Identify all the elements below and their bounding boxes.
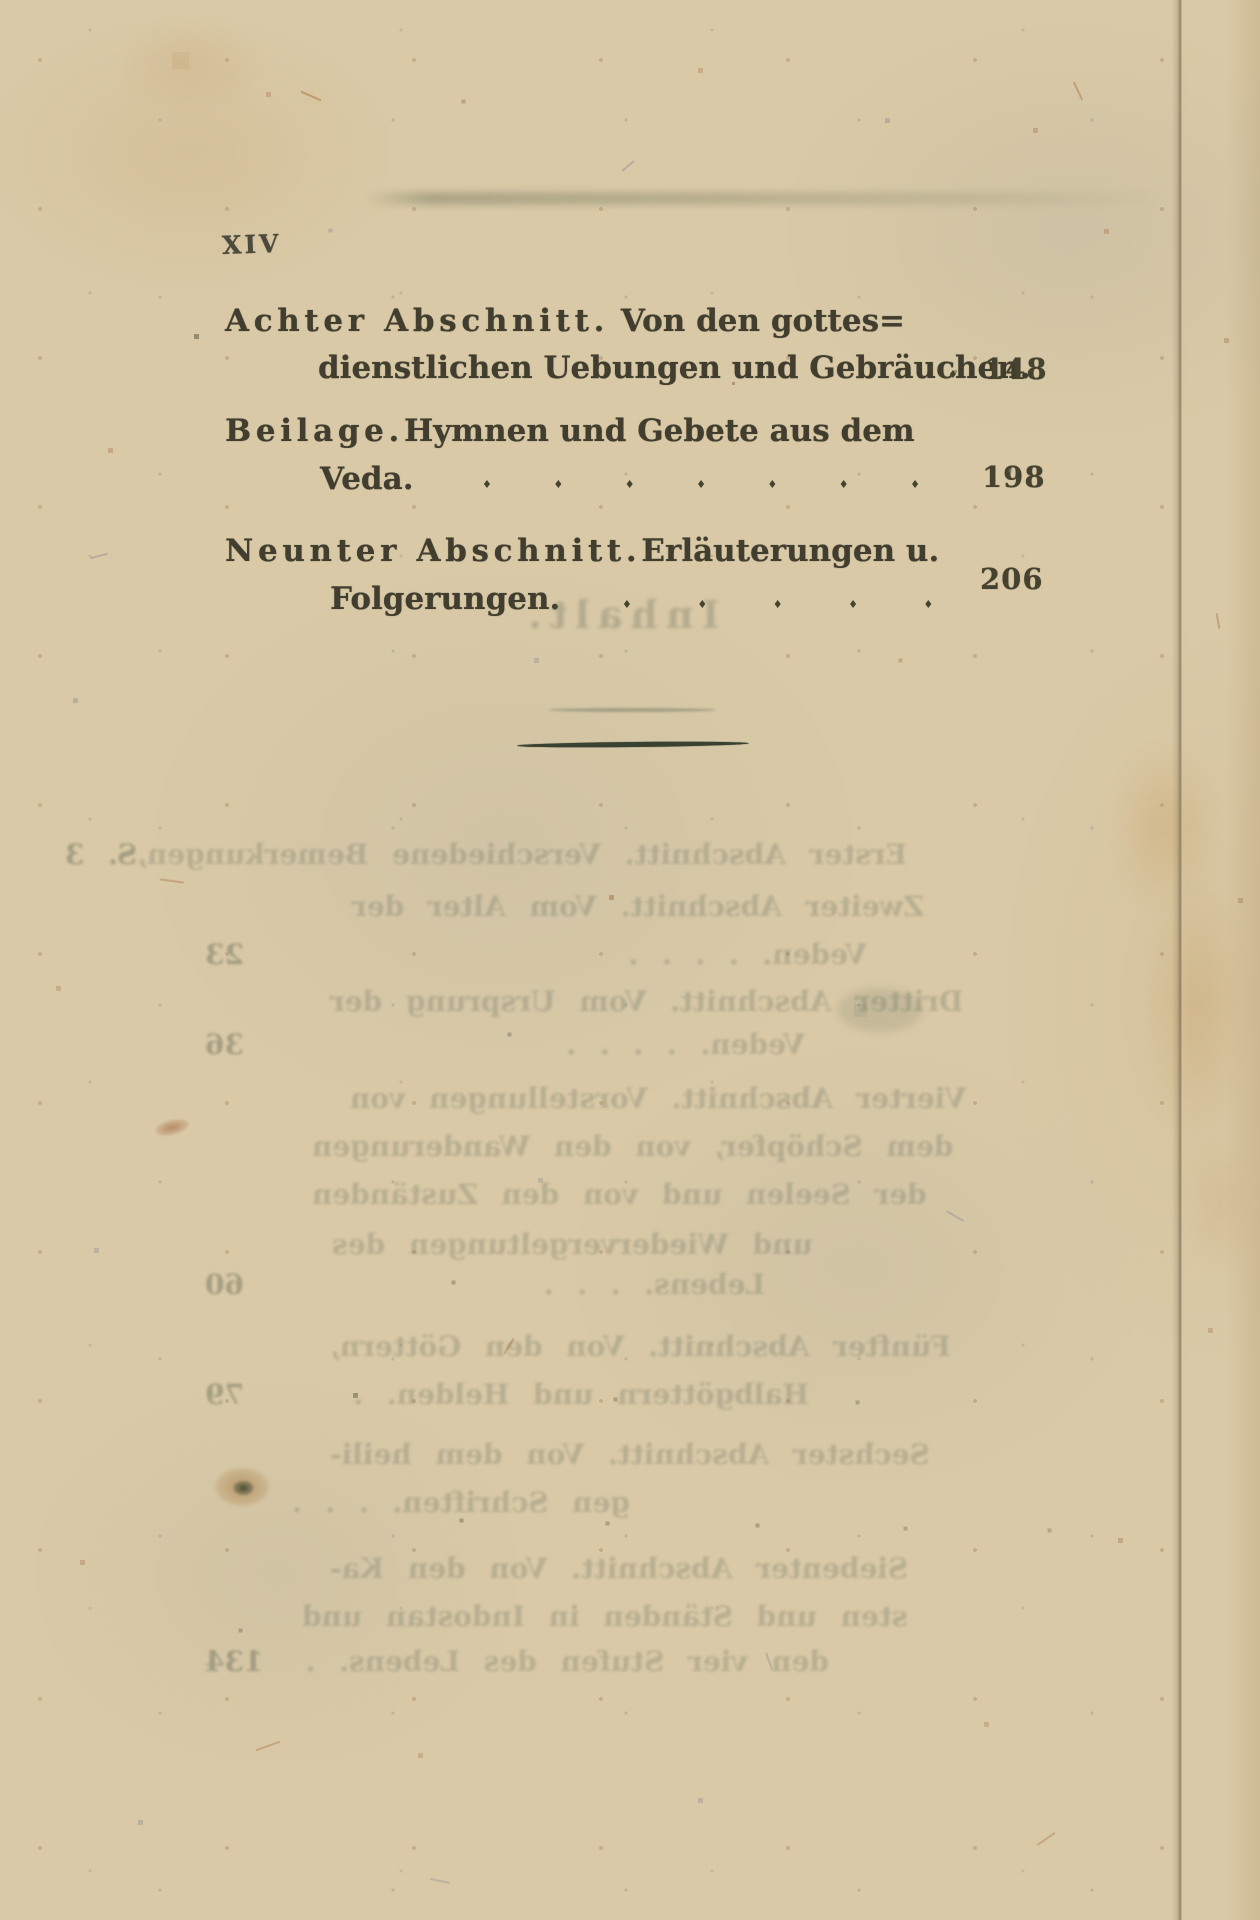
paper-stain: [1145, 880, 1245, 1130]
paper-fiber: [1036, 1832, 1055, 1846]
bleedthrough-line: Veden. . . . . 23: [205, 938, 867, 971]
paper-fiber: [621, 160, 635, 172]
bleedthrough-line: Veden. . . . . 36: [205, 1028, 805, 1061]
toc-entry-text: Von den gottes=: [621, 303, 905, 339]
separator-rule: [517, 741, 749, 748]
toc-entry-line2: Veda.: [320, 461, 413, 497]
paper-fiber: [301, 91, 322, 102]
toc-entry-text: Erläuterungen u.: [641, 533, 939, 569]
toc-entry-line: Achter Abschnitt. Von den gottes=: [225, 303, 905, 339]
toc-entry-heading: Beilage.: [225, 413, 404, 449]
rust-fleck: [154, 1116, 191, 1139]
toc-page-number: 148: [984, 352, 1048, 386]
paper-speckles: [0, 0, 1, 1]
bleedthrough-line: Siebenter Abschnitt. Von den Ka-: [330, 1552, 908, 1585]
bleedthrough-rule: [548, 708, 716, 712]
toc-entry-heading: Neunter Abschnitt.: [225, 533, 641, 569]
bleedthrough-line: den vier Stufen des Lebens. . 134: [205, 1645, 829, 1678]
toc-page-number: 206: [980, 562, 1044, 596]
paper-fiber: [430, 1878, 450, 1884]
bleedthrough-line: Sechster Abschnitt. Von dem heili-: [330, 1438, 930, 1471]
paper-stain: [120, 20, 260, 110]
ink-blot: [206, 1461, 278, 1513]
toc-entry-line: Beilage. Hymnen und Gebete aus dem: [225, 413, 888, 449]
bleedthrough-line: Erster Abschnitt. Verschiedene Bemerkung…: [183, 838, 907, 871]
bleedthrough-line: sten und Ständen in Indostan und: [302, 1600, 908, 1633]
toc-entry-line: Neunter Abschnitt. Erläuterungen u.: [225, 533, 920, 569]
paper-fiber: [946, 1210, 964, 1222]
ink-smudge: [838, 988, 922, 1032]
bleedthrough-line: Zweiter Abschnitt. Vom Alter der: [352, 890, 924, 923]
paper-fiber: [1216, 613, 1221, 629]
dot-leader: ♦: [948, 368, 958, 381]
toc-entry-text: Hymnen und Gebete aus dem: [404, 413, 915, 449]
bleedthrough-line: der Seelen und von den Zuständen: [312, 1178, 927, 1211]
paper-fiber: [255, 1741, 280, 1752]
page-fold-line: [1172, 0, 1188, 1920]
paper-stain: [1185, 1140, 1255, 1270]
toc-entry-heading: Achter Abschnitt.: [225, 303, 609, 339]
bleedthrough-line: Halbgöttern und Helden. . 79: [205, 1378, 809, 1411]
bleedthrough-line: dem Schöpfer, von den Wanderungen: [312, 1130, 953, 1163]
bleedthrough-line: Fünfter Abschnitt. Von den Göttern,: [330, 1330, 951, 1363]
bleedthrough-line: Vierter Abschnitt. Vorstellungen von: [350, 1082, 966, 1115]
bleedthrough-line: und Wiedervergeltungen des: [332, 1228, 813, 1261]
bleedthrough-heading: Inhalt.: [460, 592, 780, 637]
dot-leader: ♦ ♦ ♦ ♦ ♦ ♦ ♦: [482, 478, 920, 491]
paper-fiber: [1073, 82, 1083, 101]
book-page: XIV Achter Abschnitt. Von den gottes= di…: [0, 0, 1260, 1920]
bleedthrough-line: Lebens. . . . 60: [205, 1268, 765, 1301]
page-number-roman: XIV: [222, 229, 282, 260]
toc-page-number: 198: [982, 460, 1046, 494]
paper-fiber: [160, 878, 184, 883]
bleedthrough-rule-smear: [365, 192, 1165, 205]
paper-fiber: [90, 553, 108, 560]
bleedthrough-line: gen Schriften. . . .: [292, 1486, 630, 1519]
toc-entry-line2: dienstlichen Uebungen und Gebräuchen.: [318, 350, 1031, 386]
